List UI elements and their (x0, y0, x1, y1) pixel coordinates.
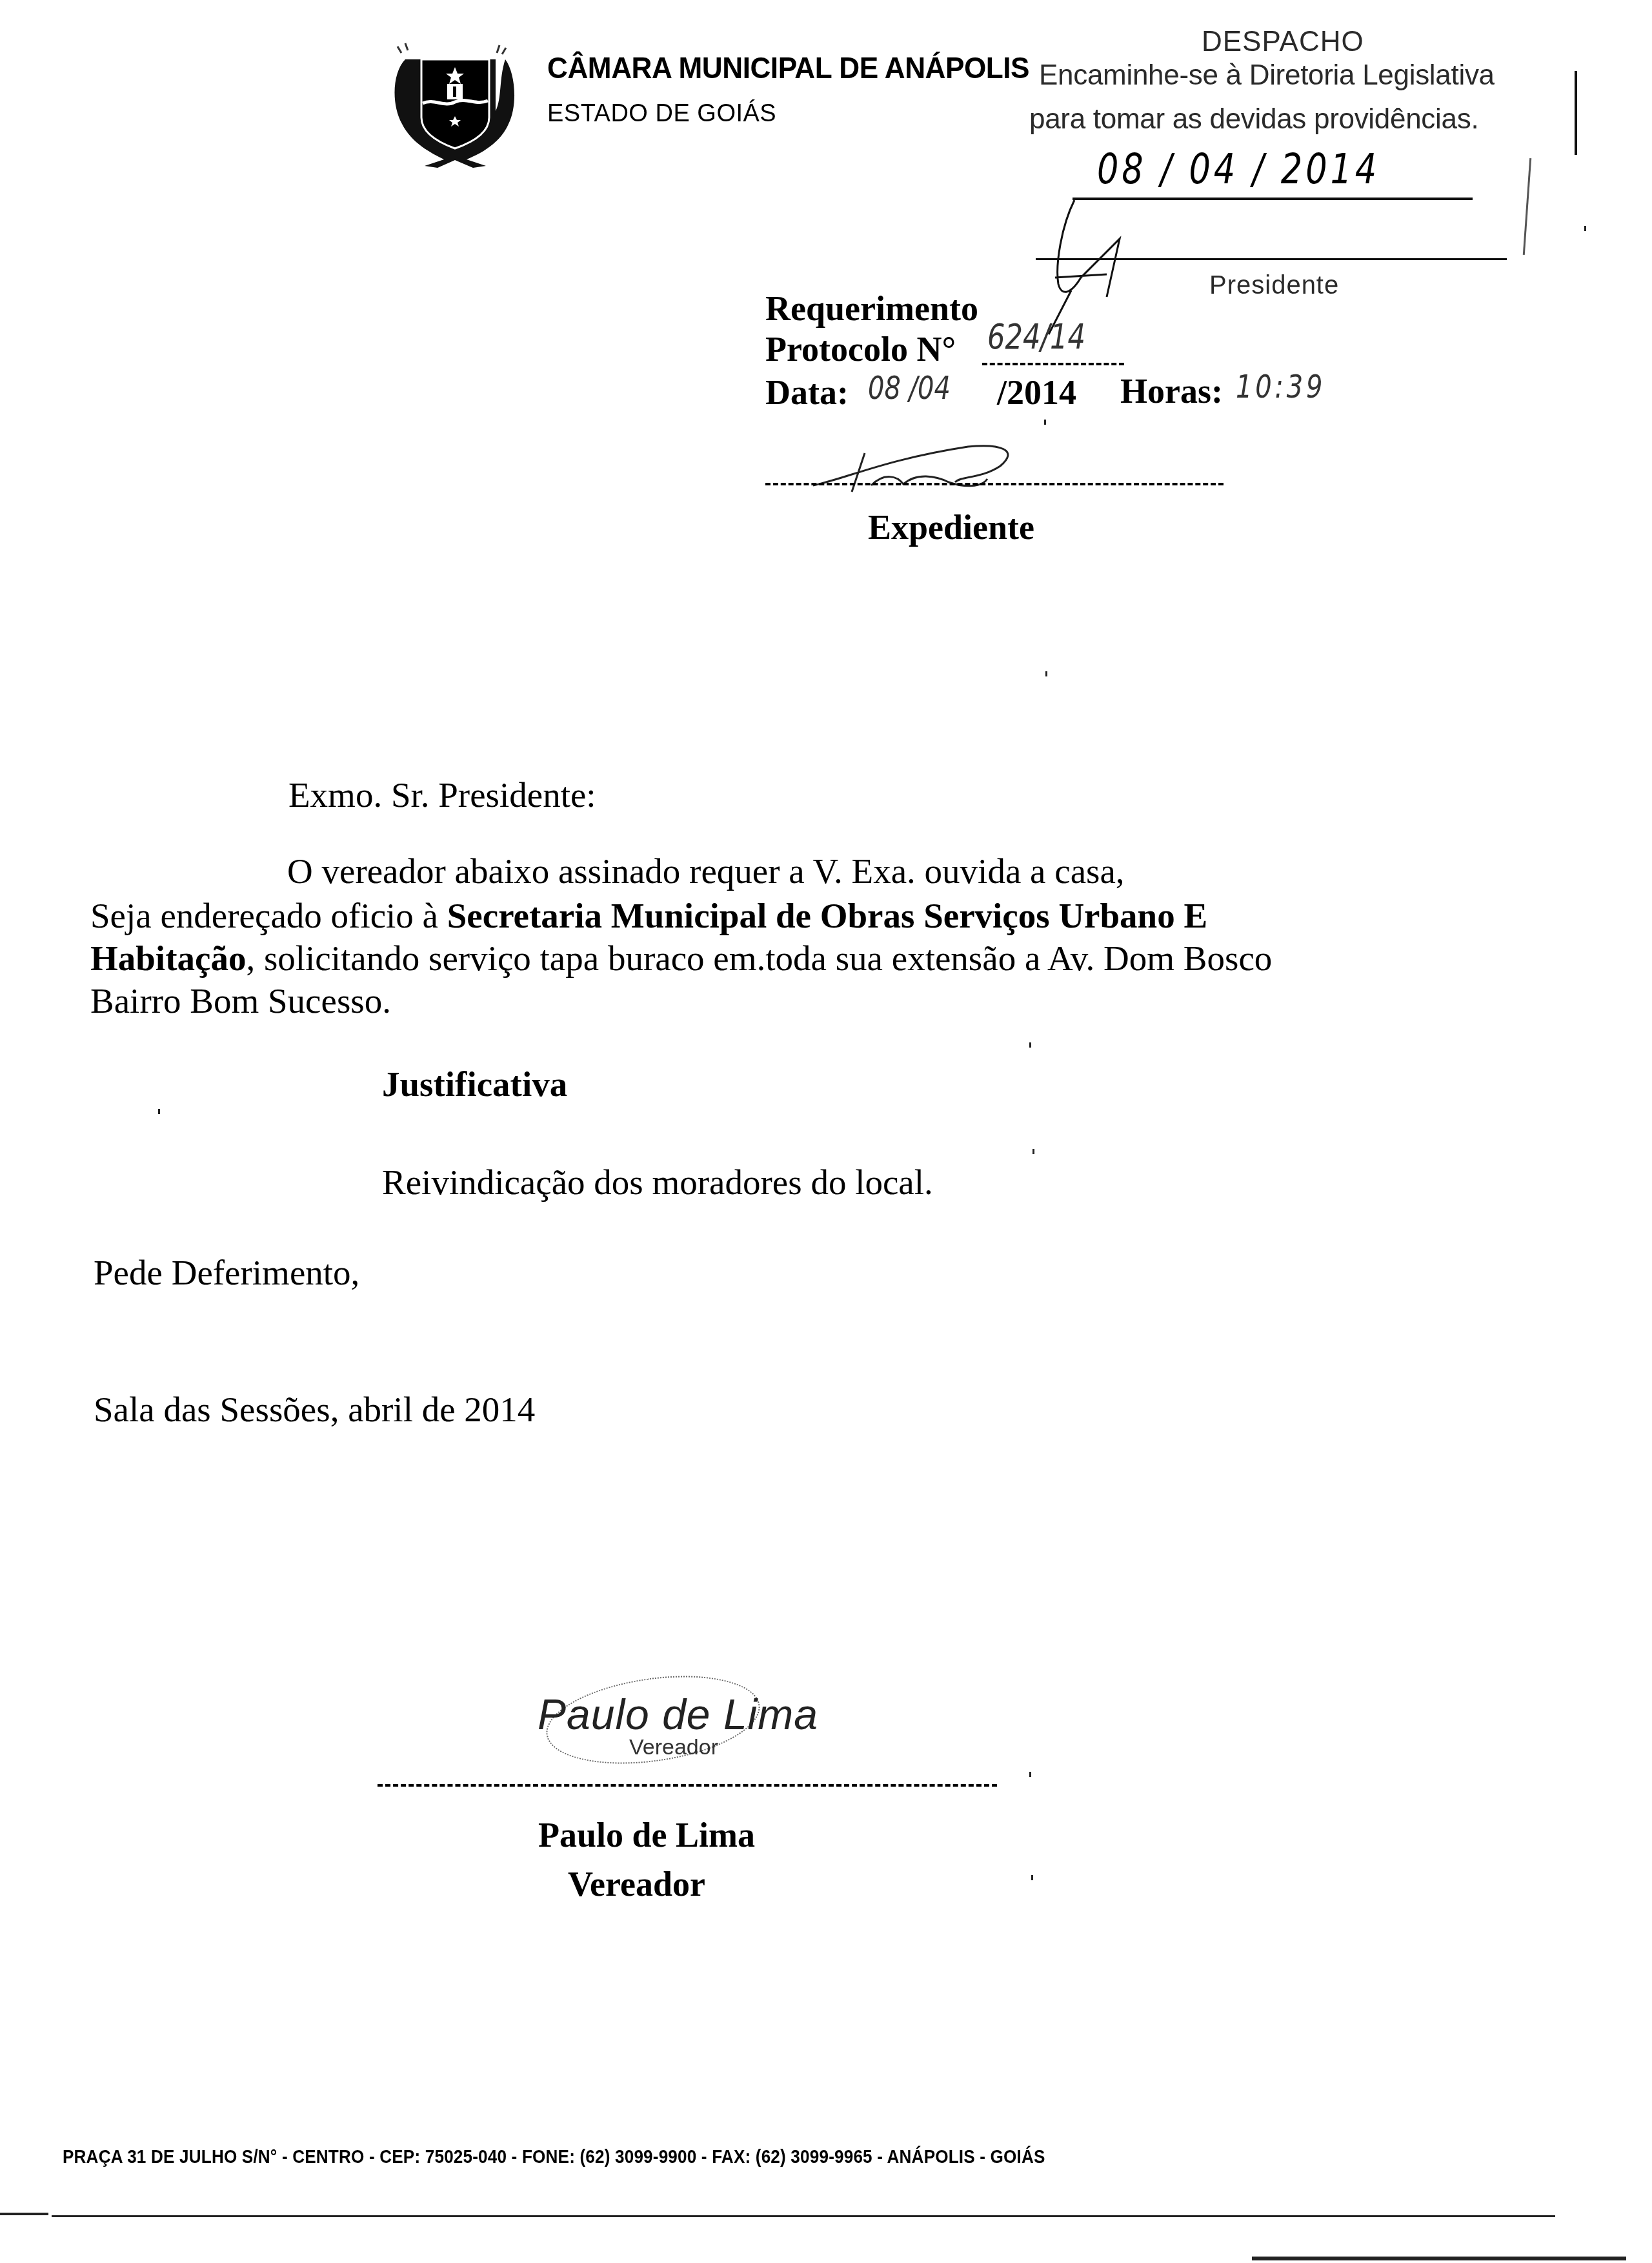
request-paragraph-line: Seja endereçado oficio à Secretaria Muni… (90, 895, 1207, 936)
request-paragraph-line: Bairro Bom Sucesso. (90, 980, 391, 1021)
secretaria-name: Secretaria Municipal de Obras Serviços U… (447, 896, 1207, 935)
despacho-signature-label: Presidente (1209, 271, 1339, 300)
horas-value: 10:39 (1236, 368, 1325, 405)
signature-stamp-role: Vereador (629, 1735, 718, 1760)
signer-role: Vereador (568, 1864, 705, 1904)
organization-state: ESTADO DE GOIÁS (547, 100, 776, 128)
scan-speck (1584, 226, 1586, 231)
scan-speck (1044, 420, 1046, 425)
protocolo-underline (982, 363, 1124, 365)
footer-rule (0, 2213, 48, 2215)
protocolo-label: Protocolo N° (765, 329, 956, 369)
place-date: Sala das Sessões, abril de 2014 (94, 1389, 535, 1430)
scan-speck (1032, 1149, 1034, 1154)
coat-of-arms-icon (386, 34, 525, 169)
paragraph-text: Seja endereçado oficio à (90, 896, 447, 935)
scan-speck (1029, 1042, 1031, 1048)
signer-name: Paulo de Lima (538, 1815, 755, 1855)
data-day-month-value: 08 /04 (868, 369, 951, 407)
data-year: /2014 (997, 372, 1076, 412)
paragraph-text: , solicitando serviço tapa buraco em.tod… (246, 939, 1272, 978)
signature-stamp-name: Paulo de Lima (538, 1690, 818, 1739)
scan-speck (1045, 671, 1047, 676)
organization-name: CÂMARA MUNICIPAL DE ANÁPOLIS (547, 50, 1029, 85)
president-signature-icon (1036, 187, 1178, 336)
despacho-stamp-title: DESPACHO (1202, 26, 1364, 58)
protocolo-value: 624/14 (987, 316, 1085, 357)
scan-speck (158, 1109, 160, 1114)
data-label: Data: (765, 372, 849, 412)
request-paragraph-line: O vereador abaixo assinado requer a V. E… (287, 851, 1125, 891)
request-paragraph-line: Habitação, solicitando serviço tapa bura… (90, 938, 1272, 979)
despacho-stamp-line2: para tomar as devidas providências. (1029, 103, 1478, 136)
expediente-signature-line (765, 483, 1224, 485)
salutation: Exmo. Sr. Presidente: (288, 775, 596, 815)
footer-rule (52, 2215, 1555, 2217)
despacho-signature-line (1036, 258, 1507, 260)
requerimento-label: Requerimento (765, 289, 978, 329)
expediente-label: Expediente (868, 507, 1034, 547)
signature-line (378, 1784, 997, 1787)
scan-speck (1031, 1875, 1033, 1880)
secretaria-name: Habitação (90, 939, 246, 978)
footer-address: PRAÇA 31 DE JULHO S/N° - CENTRO - CEP: 7… (63, 2147, 1045, 2168)
closing-text: Pede Deferimento, (94, 1252, 359, 1293)
scan-edge-mark (1252, 2257, 1626, 2260)
expediente-signature-icon (807, 440, 1039, 498)
despacho-stamp-line1: Encaminhe-se à Diretoria Legislativa (1039, 59, 1495, 92)
stamp-border (1523, 158, 1531, 255)
stamp-border (1575, 71, 1577, 155)
despacho-stamp-date: 08 / 04 / 2014 (1097, 146, 1380, 194)
justification-title: Justificativa (382, 1064, 567, 1104)
horas-label: Horas: (1120, 371, 1223, 411)
scan-speck (1029, 1772, 1031, 1777)
justification-text: Reivindicação dos moradores do local. (382, 1162, 933, 1203)
